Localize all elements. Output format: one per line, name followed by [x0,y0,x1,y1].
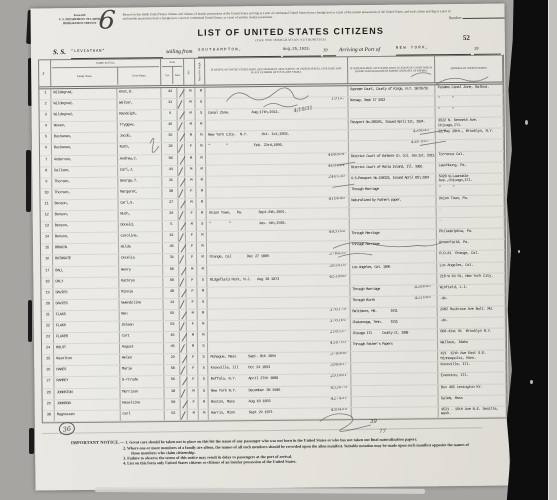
marital-status-cell: M [197,243,207,253]
marital-status-cell: S [197,221,207,231]
age-years-cell: 27 [163,199,179,209]
naturalization-cell: Chatanooga, Tenn. 1911 [350,318,438,329]
marital-status-cell: M [199,409,209,419]
row-number: 20 [42,300,54,310]
age-years-cell: 48 [164,288,180,298]
given-name-cell: Ruth, [118,144,163,155]
naturalization-cell: Through Birth431066 [350,296,438,307]
age-years-cell: 29 [163,210,179,220]
sex-cell: F [186,243,197,253]
family-name-cell: Dallsen, [52,166,118,177]
given-name-cell: Donald, [118,221,163,232]
address-cell: - [437,218,505,229]
sex-cell: F [188,354,199,364]
sheet-number: 52 [463,34,470,42]
given-name-cell: Zelean [119,321,164,332]
header-given-name: Given Name. [118,67,160,85]
age-years-cell: 45 [164,332,180,342]
sex-cell: M [185,154,196,164]
certificate-number-handwritten: 451068 [329,275,346,280]
birth-cell: Orange, Cal Dec 27 1889376439 [207,253,349,265]
row-number: 6 [40,145,52,155]
row-number: 25 [42,356,54,366]
naturalization-cell: Through Marriage [350,241,438,252]
age-years-cell: 30 [163,188,179,198]
sex-cell: F [186,254,197,264]
marital-status-cell: S [198,343,208,353]
given-name-cell: Henry [119,266,164,277]
address-cell: Salem, Mass [439,395,507,406]
given-name-cell: Gwendoline [119,299,164,310]
birth-cell: 409844 [206,164,348,176]
naturalization-cell [351,396,439,407]
sex-cell: M [185,99,196,109]
marital-status-cell: M [197,176,207,186]
marital-status-cell: M [197,210,207,220]
marital-status-cell: M [197,188,207,198]
scan-edge-mark [28,300,32,342]
certificate-number-handwritten: 391818 [329,264,346,269]
naturalization-cell [351,385,439,396]
given-name-cell: Curt [120,332,165,343]
given-name-cell: Carl,J. [118,166,163,177]
row-number: 28 [42,389,54,399]
sex-cell: F [186,210,197,220]
age-years-cell: 50 [165,365,181,375]
scan-edge-mark [26,150,31,212]
marital-status-cell: M [198,265,208,275]
given-name-cell: Ben [119,310,164,321]
address-cell: Winfield, L.I. [438,284,506,295]
sex-cell: F [186,232,197,242]
given-name-cell: Carl,S. [118,199,163,210]
naturalization-cell: District Court of Dunmore Co. Col. Jan.1… [349,152,437,163]
family-name-cell: Benson, [53,233,119,244]
marital-status-cell: S [198,276,208,286]
sex-cell: F [188,365,199,375]
certificate-number-handwritten: 418701 [330,341,347,346]
age-years-cell: 45 [163,243,179,253]
row-number: 15 [41,245,53,255]
birth-cell: " " Jan. 4th,1918. [207,219,349,231]
naturalization-cell: 438 849 [349,141,437,152]
given-name-cell: Randolph, [117,110,162,121]
age-years-cell: 11 [162,99,178,109]
address-cell: R.D.#1 Orange, Cal. [437,251,505,262]
sex-cell: F [185,143,196,153]
sex-cell: M [187,332,198,342]
family-name-cell: Wildegrad, [51,89,117,100]
form-instructions: Record on this blank United States citiz… [123,9,451,21]
birth-cell: Buffalo, N.Y. April 27th 1888291061 [209,375,351,387]
given-name-cell: George,T. [118,177,163,188]
given-name-cell: Caroline, [119,232,164,243]
sex-cell: F [187,276,198,286]
marital-status-cell: S [196,110,206,120]
header-mos: Mos. [173,66,183,84]
birth-cell [206,119,348,131]
age-years-cell: 46 [164,343,180,353]
certificate-number-handwritten: 431066 [414,296,431,301]
address-cell: Philadelphia, Pa. [437,229,505,240]
naturalization-cell: Through Father's Papers [351,340,439,351]
row-number: 13 [41,222,53,232]
header-name-in-full: NAME IN FULL. Family Name. Given Name. [51,59,162,86]
naturalization-cell [351,351,439,362]
age-years-cell: 14 [164,299,180,309]
row-number: 21 [42,311,54,321]
given-name-cell: Margaret, [118,188,163,199]
marital-status-cell: M [198,321,208,331]
birth-cell: 406804 [206,153,348,165]
row-number: 12 [41,211,53,221]
given-name-cell: Helen [120,354,165,365]
handwritten-number-annotation: 77 [379,429,386,435]
marital-status-cell: M [196,88,206,98]
family-name-cell: BALL [53,266,119,277]
naturalization-cell: Supreme Court, County of Kings, N.Y. 10/… [348,85,436,96]
address-cell: Los Angeles, Cal. [437,262,505,273]
marital-status-cell: S [198,354,208,364]
naturalization-cell [350,252,438,263]
address-cell: 4521 - 15th Ave N.E. Seattle, Wash. [439,406,507,417]
number-label: Number [449,15,462,20]
certificate-number-handwritten: 398407 [330,364,347,369]
important-notice: IMPORTANT NOTICE.— 1. Great care should … [71,436,475,467]
age-years-cell: 34 [164,254,180,264]
sex-cell: M [185,88,196,98]
naturalization-cell: Norway, Sept 17 1913 [348,96,436,107]
family-name-cell: Thorsen, [52,188,118,199]
certificate-number-handwritten: 291061 [330,375,347,380]
address-cell: -do- [438,295,506,306]
row-number: 11 [40,200,52,210]
given-name-cell: Jacob, [117,132,162,143]
certificate-number-handwritten: 438649 [412,130,429,135]
sex-cell: M [187,310,198,320]
naturalization-cell: Through Marriage438068 [350,285,438,296]
sex-cell: M [185,132,196,142]
certificate-number-handwritten: 1912, [331,97,344,102]
sex-cell: F [187,321,198,331]
naturalization-cell: Through Marriage [349,185,437,196]
address-cell: Union Town, Pa. [437,195,505,206]
scanned-manifest-document: Form 630 U. S. DEPARTMENT OF LABOR IMMIG… [0,0,557,500]
family-name-cell: DALY [53,277,119,288]
ss-label: S. S. [53,48,66,56]
family-name-cell: Wildegrad, [52,111,118,122]
header-birth: IF NATIVE OF UNITED STATES INSULAR POSSE… [205,57,348,84]
row-number: 8 [40,167,52,177]
address-cell: 860-41st St Brooklyn N.Y. [438,329,506,340]
birth-cell [206,86,348,98]
row-number: 27 [42,378,54,388]
age-years-cell: 46 [162,121,178,131]
year-blank: 19 [323,47,336,56]
birth-cell: 376178 [208,308,350,320]
family-name-cell: Buchanan, [52,144,118,155]
given-name-cell: Carl [120,410,165,421]
row-number: 3 [40,111,52,121]
header-age: AGE. Yrs. Mos. [161,59,184,85]
header-family-name: Family Name. [52,67,118,85]
address-cell: Torrence Cal. [436,151,504,162]
marital-status-cell: M [196,132,206,142]
family-name-cell: JOHNSON [55,399,121,410]
scan-band-speckle [530,380,533,384]
age-years-cell: 9 [162,110,178,120]
family-name-cell: Wildegrad, [51,100,117,111]
given-name-cell: Haseltine [120,399,165,410]
sex-cell: M [185,110,196,120]
scan-black-band [506,0,548,500]
scan-band-speckle [525,120,528,125]
certificate-number-handwritten: 376439 [329,253,346,258]
sex-cell: M [188,387,199,397]
header-yrs: Yrs. [163,67,174,85]
header-sex: Sex. [184,59,195,85]
address-cell: Leechburg, Pa. [436,162,504,173]
marital-status-cell: M [198,287,208,297]
birth-cell: 418701 [208,341,350,353]
address-cell: 3522 N. Kenneth Ave. Chicago,Ill. [436,118,504,129]
family-name-cell: BATHGATE [53,255,119,266]
address-cell: " " [437,184,505,195]
naturalization-cell [351,407,439,418]
given-name-cell: Ruth, [118,210,163,221]
sex-cell: F [187,299,198,309]
marital-status-cell: M [197,232,207,242]
birth-cell: 1912, [206,97,348,109]
naturalization-cell: Naturalized by Fathers paper. [349,196,437,207]
family-name-cell: Woxen, [52,122,118,133]
marital-status-cell: M [199,398,209,408]
given-name-cell: Tryggve, [117,121,162,132]
given-name-cell: Minnie [119,288,164,299]
age-years-cell: 18 [165,387,181,397]
scan-bottom-streak [95,487,425,494]
age-years-cell: 56 [165,376,181,386]
header-address: ADDRESS IN UNITED STATES. [435,56,503,83]
family-name-cell: DAVIES [54,299,120,310]
certificate-number-handwritten: 450499 [330,408,347,413]
naturalization-cell: Through Marriage [350,229,438,240]
page-crease-line [42,427,482,434]
sex-cell: F [188,376,199,386]
manifest-page: Form 630 U. S. DEPARTMENT OF LABOR IMMIG… [30,4,509,491]
address-cell: 218 W 69 St, New York City. [438,273,506,284]
address-cell: 421 12th Ave East S.E. Minneapolis, Minn… [438,351,506,362]
age-years-cell: 44 [162,88,178,98]
family-name-cell: FLAKS [54,322,120,333]
family-name-cell: Benson, [53,211,119,222]
naturalization-cell [350,274,438,285]
family-name-cell: Haselton [54,355,120,366]
certificate-number-handwritten: 240138 [328,175,345,180]
birth-cell: 216337 [208,330,350,342]
family-name-cell: Benson, [52,200,118,211]
certificate-number-handwritten: 378860 [330,352,347,357]
sex-cell: M [186,199,197,209]
certificate-number-handwritten: 216337 [330,330,347,335]
given-name-cell: G-rtrude [120,377,165,388]
row-number: 17 [41,267,53,277]
marital-status-cell: M [198,332,208,342]
family-name-cell: Benson, [53,222,119,233]
birth-cell: New York City. N.Y. Oct. 1st,1893. [206,131,348,143]
row-number: 18 [41,278,53,288]
birth-cell [207,241,349,253]
given-name-cell: Morrison [120,388,165,399]
birth-cell [208,286,350,298]
address-cell: " " [436,96,504,107]
family-name-cell: JOHNSTON [54,388,120,399]
birth-cell: Knoxville, Ill Oct 24 1893398407 [209,364,351,376]
birth-cell [207,186,349,198]
birth-cell: 240138 [207,175,349,187]
naturalization-cell: District Court of Maria Island, Ill. 190… [349,163,437,174]
birth-cell: 376161 [208,319,350,331]
marital-status-cell: S [199,365,209,375]
address-cell [436,140,504,151]
birth-cell: 391818 [208,264,350,276]
naturalization-cell [351,374,439,385]
certificate-number-handwritten: 376161 [330,319,347,324]
row-number: 22 [42,322,54,332]
birth-cell: " " Feb. 23rd,1895. [206,142,348,154]
certificate-number-handwritten: 453070 [330,386,347,391]
address-cell: Evanston, Ill. [439,373,507,384]
given-name-cell: Andrew,C. [118,155,163,166]
handwritten-number-annotation: 39 [370,419,377,425]
naturalization-cell: U.S.Passport No.190123, Issued April 8th… [349,174,437,185]
certificate-number-handwritten: 438068 [414,285,431,290]
marital-status-cell: M [198,310,208,320]
row-number: 29 [43,400,55,410]
given-name-cell: Cecelia [119,255,164,266]
age-years-cell: 50 [164,265,180,275]
age-years-cell: 50 [164,277,180,287]
row-number: 19 [41,289,53,299]
certificate-number-handwritten: 409844 [328,164,345,169]
departure-date: Aug.25,1923. [283,47,321,56]
row-number: 26 [42,367,54,377]
family-name-cell: FLAKER [54,333,120,344]
age-years-cell: 55 [164,310,180,320]
notice-label: IMPORTANT NOTICE.— [71,440,124,446]
birth-cell: Canal Zone. Aug.17th,1913. [206,108,348,120]
birth-cell: 485102 [207,230,349,242]
header-married-or-single: Married or Single. [195,59,205,85]
family-name-cell: Thorsen, [52,177,118,188]
naturalization-cell: Los Angeles, Cal. 1896 [350,263,438,274]
age-years-cell: 44 [163,166,179,176]
year-blank: 19 [474,46,501,55]
row-number: 9 [40,178,52,188]
family-name-cell: FLAKS [54,310,120,321]
naturalization-cell [351,363,439,374]
row-number: 5 [40,134,52,144]
given-name-cell: Walter, [117,99,162,110]
marital-status-cell: M [196,143,206,153]
given-name-cell: Knut,O. [117,88,162,99]
marital-status-cell: S [199,376,209,386]
naturalization-cell: Baltimore, Md. 1911 [350,307,438,318]
certificate-number-handwritten: 406804 [328,153,345,158]
scan-right-edge [548,0,557,500]
marital-status-cell: S [198,298,208,308]
sex-cell: M [188,409,199,419]
sex-cell: M [187,265,198,275]
address-cell: Greenfield, Pa. [437,240,505,251]
age-years-cell: 29 [165,354,181,364]
scan-band-speckle [518,250,520,253]
header-naturalized: IF NATURALIZED, GIVE NAME AND LOCATION O… [348,56,436,83]
address-cell: Wallace, Idaho [438,340,506,351]
birth-cell: Harris, Minn Sept 29 1871450499 [209,408,351,420]
birth-cell: Ridgefield Park, N.J. Aug 18 1873451068 [208,275,350,287]
sex-cell: F [188,398,199,408]
marital-status-cell: M [197,165,207,175]
family-name-cell: DAVIES [53,288,119,299]
scan-edge-mark [29,428,34,454]
certificate-number-handwritten: 427451 [330,397,347,402]
sex-cell: M [186,221,197,231]
age-years-cell: 53 [164,321,180,331]
address-cell: 2902 Rockrose Ave Balt. Md. [438,306,506,317]
address-cell: -do- [438,318,506,329]
age-years-cell: 50 [165,399,181,409]
given-name-cell: August [120,343,165,354]
certificate-number-handwritten: 485102 [329,230,346,235]
passenger-table: No. NAME IN FULL. Family Name. Given Nam… [38,55,508,424]
header-no: No. [39,60,51,86]
marital-status-cell: S [196,99,206,109]
arriving-label: Arriving at Port of [339,47,380,53]
naturalization-cell [348,107,436,118]
number-blank-line [462,15,504,19]
naturalization-cell [349,207,437,218]
age-years-cell: 28 [162,143,178,153]
row-number: 2 [39,100,51,110]
sailing-from-label: sailing from [166,49,193,55]
marital-status-cell: M [197,199,207,209]
birth-cell: Union Town, Pa. Sept.8th,1891. [207,208,349,220]
age-years-cell: 52 [165,410,181,420]
number-field: Number [449,15,505,21]
birth-cell: 416046 [207,197,349,209]
age-years-cell: 5 [163,221,179,231]
row-number: 14 [41,233,53,243]
birth-cell [208,297,350,309]
age-years-cell: 31 [163,177,179,187]
row-number: 7 [40,156,52,166]
address-cell: " " [436,107,504,118]
row-number: 30 [43,411,55,421]
sex-cell: M [186,165,197,175]
age-years-cell: 41 [163,232,179,242]
sex-cell: F [186,188,197,198]
certificate-number-handwritten: 416046 [328,197,345,202]
sex-cell: M [187,343,198,353]
given-name-cell: Kathryn [119,277,164,288]
row-number: 16 [41,256,53,266]
address-cell: Knoxville, Ill. [439,362,507,373]
certificate-number-handwritten: 438 849 [411,141,430,146]
birth-cell: Mohague, Mass Sept. 8th 1894378860 [208,352,350,364]
address-cell: 22,Bay 28th., Brooklyn, N.Y. [436,129,504,140]
sex-cell: M [186,177,197,187]
